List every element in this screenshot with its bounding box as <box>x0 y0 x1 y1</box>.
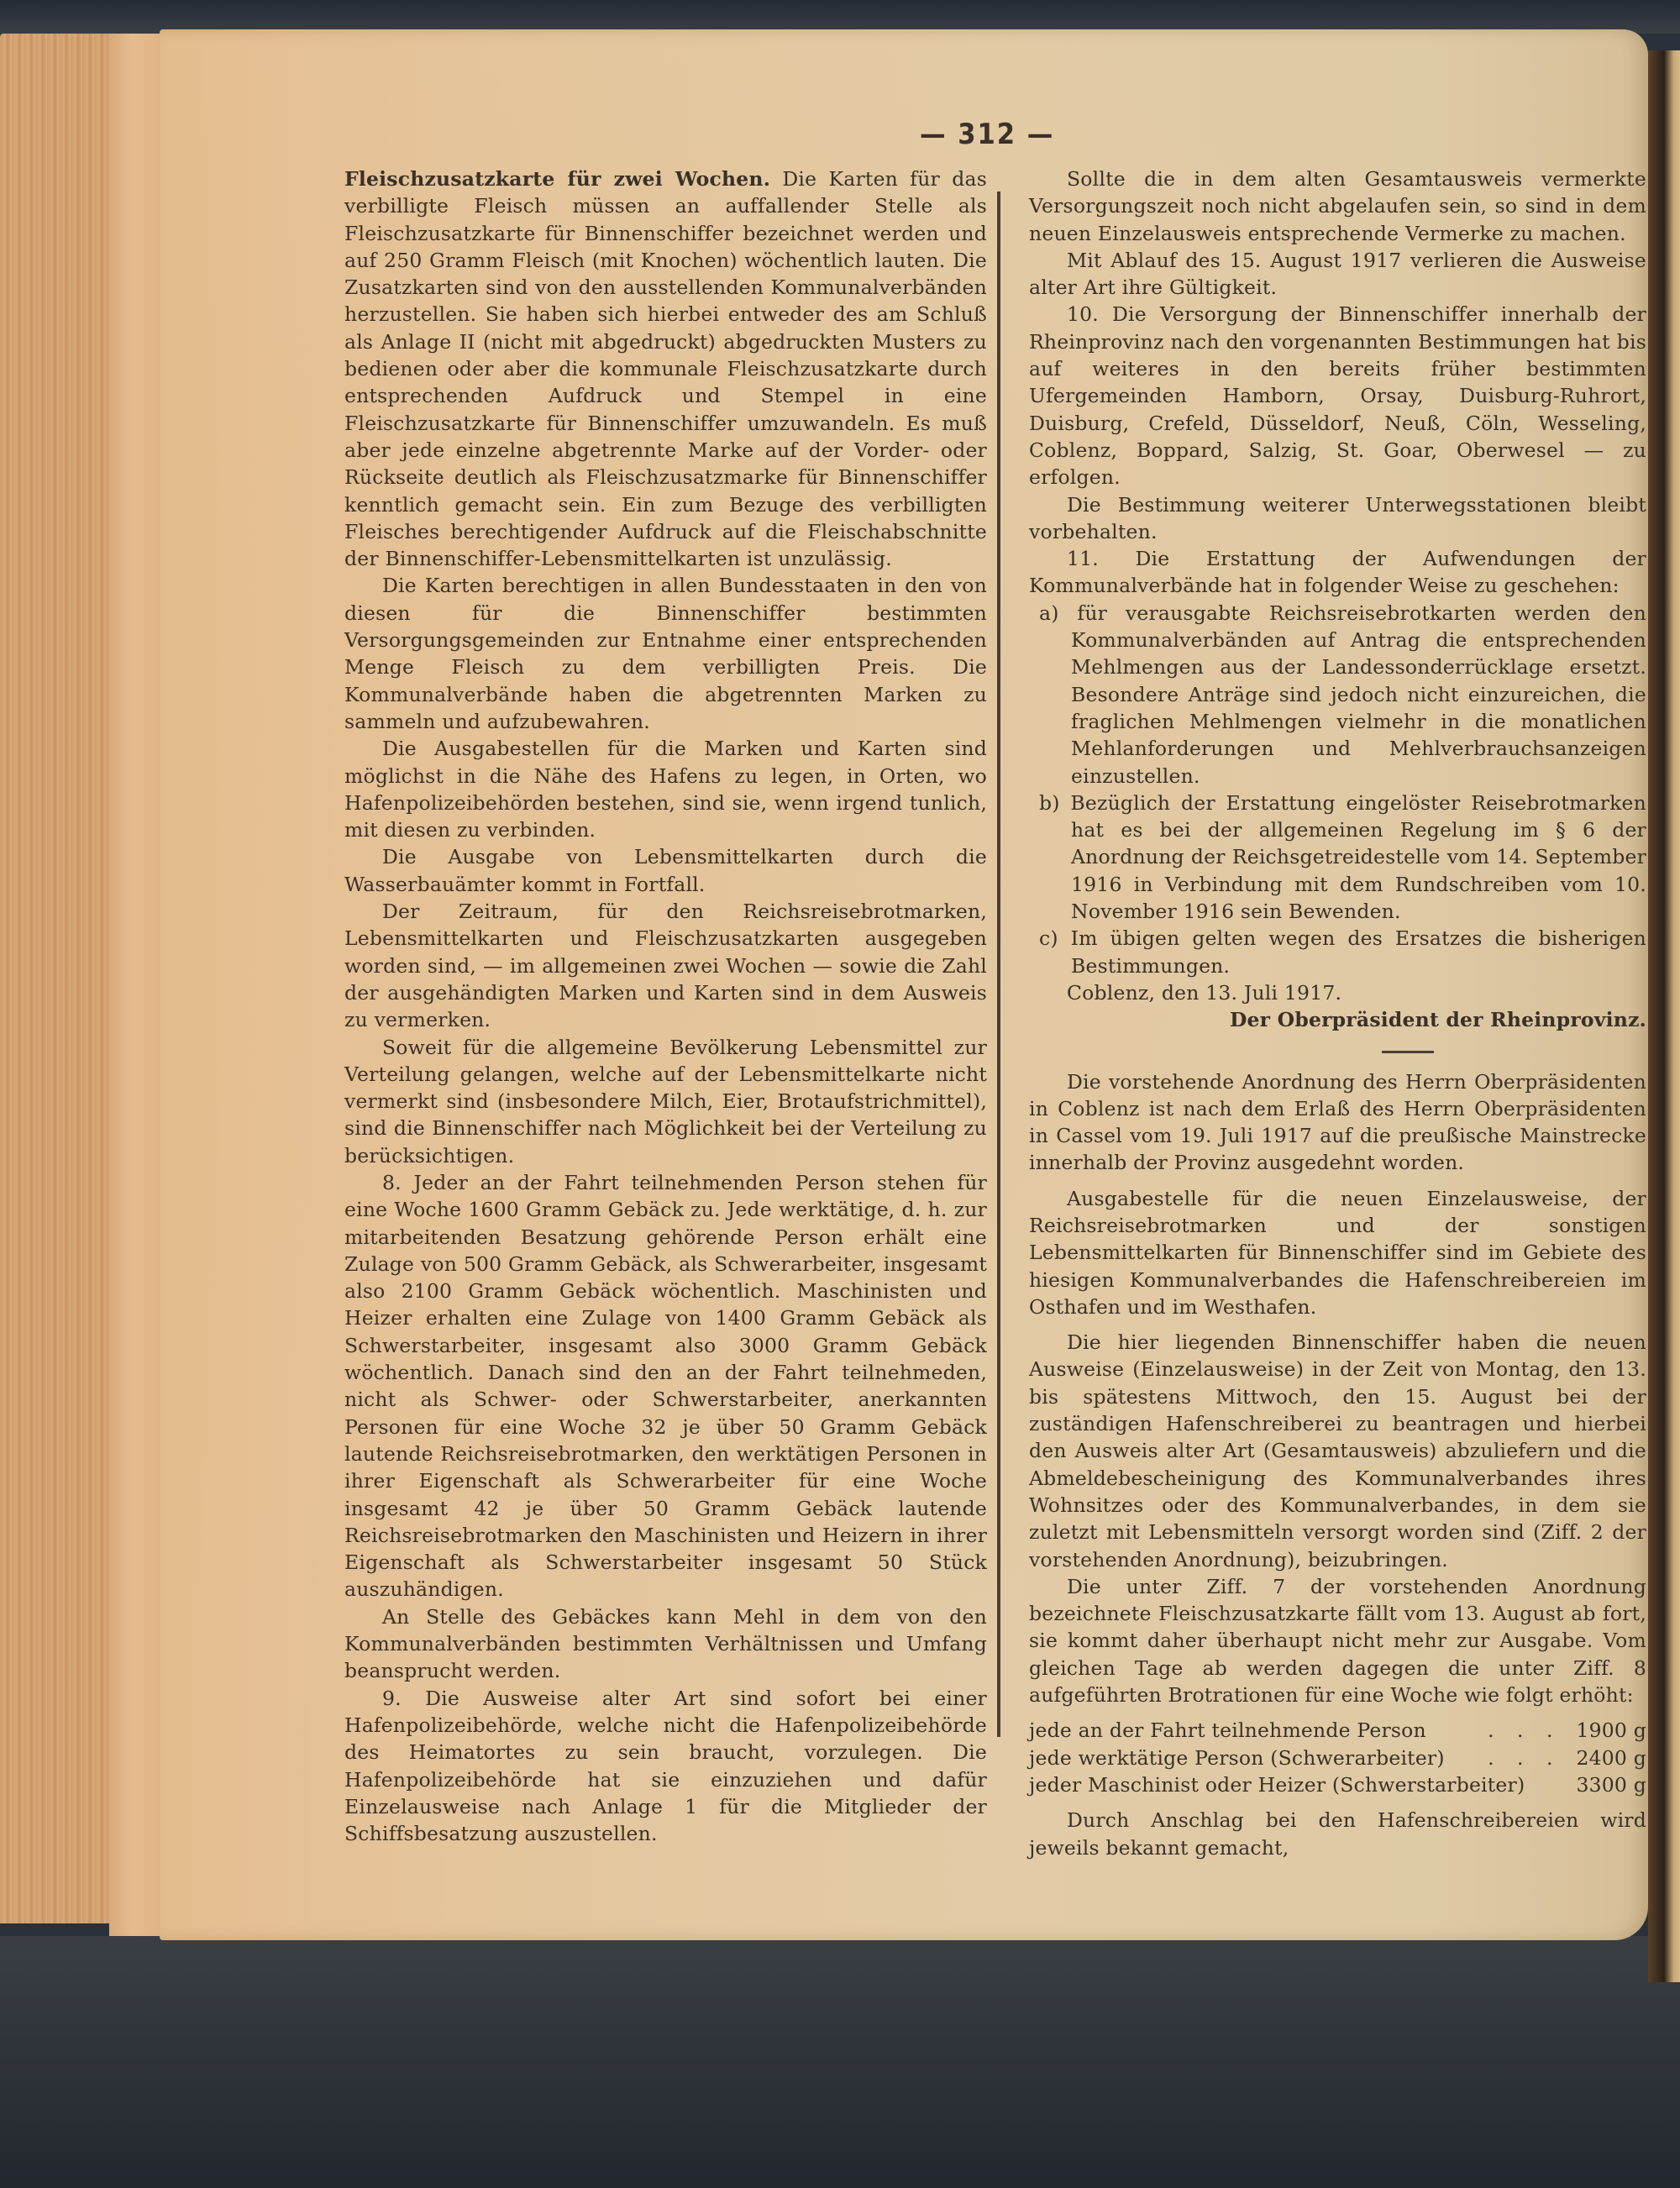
paragraph: An Stelle des Gebäckes kann Mehl in dem … <box>344 1603 987 1685</box>
ration-dots: . . . <box>1426 1717 1577 1744</box>
paragraph: Die Karten berechtigen in allen Bundesst… <box>344 572 987 735</box>
ration-amount: 3300 g <box>1576 1771 1646 1798</box>
list-item-b: b) Bezüglich der Erstattung eingelöster … <box>1029 790 1646 925</box>
paragraph-section-9: 9. Die Ausweise alter Art sind sofort be… <box>344 1685 987 1848</box>
right-column: Sollte die in dem alten Gesamtausweis ve… <box>1029 165 1646 1861</box>
notice-paragraph: Ausgabestelle für die neuen Einzelauswei… <box>1029 1185 1646 1320</box>
list-marker: c) <box>1039 926 1058 950</box>
paragraph-section-10: 10. Die Versorgung der Binnenschiffer in… <box>1029 301 1646 491</box>
list-item-a: a) für verausgabte Reichsreisebrotkarten… <box>1029 600 1646 790</box>
ration-row: jeder Maschinist oder Heizer (Schwerstar… <box>1029 1771 1646 1798</box>
list-marker: a) <box>1039 601 1059 625</box>
ration-label: jeder Maschinist oder Heizer (Schwerstar… <box>1029 1771 1525 1798</box>
paragraph-section-8: 8. Jeder an der Fahrt teilnehmenden Pers… <box>344 1169 987 1603</box>
list-text: Bezüglich der Erstattung eingelöster Rei… <box>1070 791 1646 923</box>
ration-dots <box>1525 1771 1576 1798</box>
paragraph: Sollte die in dem alten Gesamtausweis ve… <box>1029 165 1646 247</box>
place-date: Coblenz, den 13. Juli 1917. <box>1029 979 1646 1006</box>
ration-amount: 1900 g <box>1576 1717 1646 1744</box>
ration-dots: . . . <box>1445 1745 1577 1771</box>
book-binding-bottom <box>0 1936 1680 2188</box>
paragraph-lead: Fleischzusatzkarte für zwei Wochen. <box>344 167 770 191</box>
paragraph: Soweit für die allgemeine Bevölkerung Le… <box>344 1034 987 1169</box>
page-number: — 312 — <box>920 118 1054 151</box>
closing-paragraph: Durch Anschlag bei den Hafenschreibereie… <box>1029 1807 1646 1861</box>
book-binding-top <box>0 0 1680 34</box>
notice-paragraph: Die hier liegenden Binnenschiffer haben … <box>1029 1329 1646 1573</box>
list-item-c: c) Im übigen gelten wegen des Ersatzes d… <box>1029 925 1646 979</box>
section-separator <box>1382 1051 1434 1053</box>
list-marker: b) <box>1039 791 1060 815</box>
paragraph-text: Die Karten für das verbilligte Fleisch m… <box>344 167 987 570</box>
ration-row: jede an der Fahrt teilnehmende Person . … <box>1029 1717 1646 1744</box>
paragraph: Die Ausgabe von Lebensmittelkarten durch… <box>344 843 987 898</box>
notice-paragraph: Die unter Ziff. 7 der vorstehenden Anord… <box>1029 1573 1646 1708</box>
ration-row: jede werktätige Person (Schwerarbeiter) … <box>1029 1745 1646 1771</box>
left-column: Fleischzusatzkarte für zwei Wochen. Die … <box>344 165 987 1847</box>
paragraph: Fleischzusatzkarte für zwei Wochen. Die … <box>344 165 987 572</box>
ration-label: jede an der Fahrt teilnehmende Person <box>1029 1717 1426 1744</box>
ration-amount: 2400 g <box>1576 1745 1646 1771</box>
list-text: für verausgabte Reichsreisebrotkarten we… <box>1071 601 1646 788</box>
paragraph-section-11: 11. Die Erstattung der Aufwendungen der … <box>1029 545 1646 600</box>
paragraph: Die Ausgabestellen für die Marken und Ka… <box>344 735 987 843</box>
signature: Der Oberpräsident der Rheinprovinz. <box>1029 1006 1646 1033</box>
column-divider <box>997 192 1000 1737</box>
paragraph: Der Zeitraum, für den Reichsreisebrotmar… <box>344 898 987 1033</box>
book-gutter <box>1648 50 1680 1982</box>
list-text: Im übigen gelten wegen des Ersatzes die … <box>1071 926 1646 977</box>
notice-paragraph: Die vorstehende Anordnung des Herrn Ober… <box>1029 1068 1646 1177</box>
ration-label: jede werktätige Person (Schwerarbeiter) <box>1029 1745 1445 1771</box>
paragraph: Mit Ablauf des 15. August 1917 verlieren… <box>1029 247 1646 302</box>
paragraph: Die Bestimmung weiterer Unterwegsstation… <box>1029 491 1646 546</box>
